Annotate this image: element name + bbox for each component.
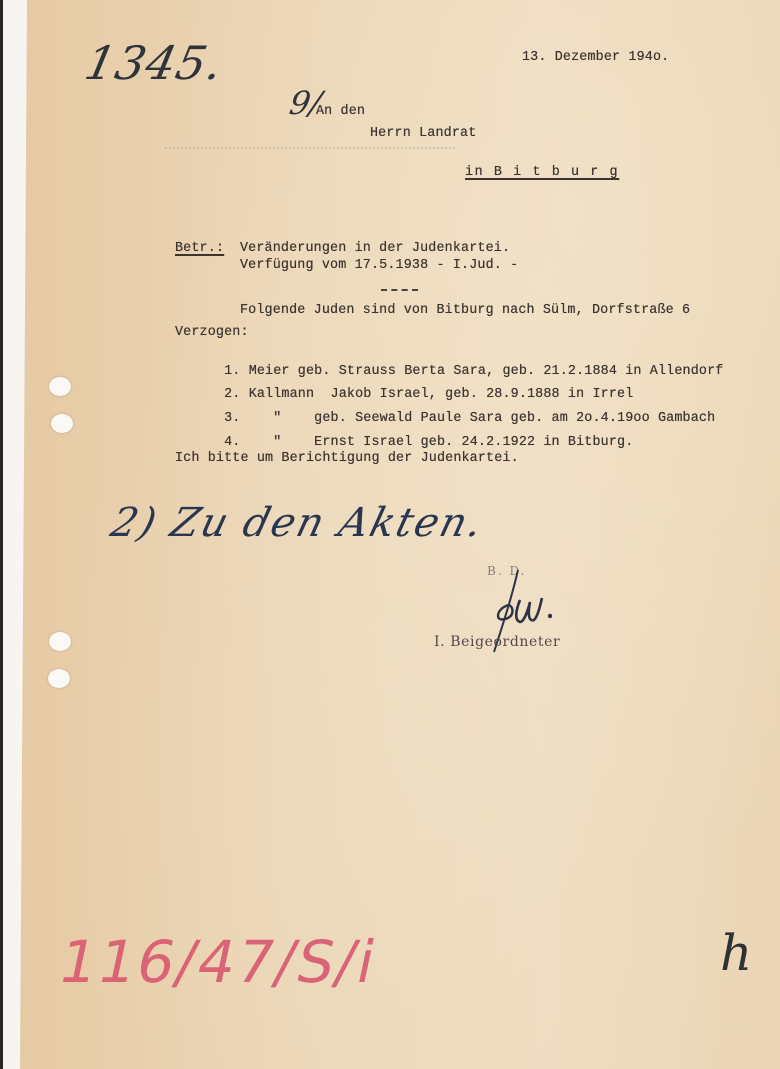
list-item-text: " Ernst Israel geb. 24.2.1922 in Bitburg… [249,435,634,450]
punch-hole [49,632,71,651]
recipient-line-2: Herrn Landrat [370,126,476,141]
subject-line-1: Veränderungen in der Judenkartei. [240,241,510,256]
closing-line: Ich bitte um Berichtigung der Judenkarte… [175,451,519,466]
body-intro-line-2: Verzogen: [175,325,249,340]
document-page: 1345. 13. Dezember 194o. 9/ An den Herrn… [0,0,780,1069]
list-item-number: 4. [224,435,240,450]
subject-label: Betr.: [175,241,224,256]
recipient-line-1: An den [316,104,365,119]
handwritten-initial: h [720,924,752,982]
body-intro-line-1: Folgende Juden sind von Bitburg nach Sül… [240,303,690,318]
punch-hole [48,669,70,688]
recipient-city: in B i t b u r g [465,165,619,180]
faint-bleedthrough-line [165,147,455,150]
separator-dashes [381,289,418,293]
handwritten-filing-note: 2) Zu den Akten. [106,500,489,546]
letter-date: 13. Dezember 194o. [522,50,669,65]
punch-hole [51,414,73,433]
signatory-title: I. Beigeordneter [434,634,560,650]
subject-line-2: Verfügung vom 17.5.1938 - I.Jud. - [240,258,518,273]
punch-hole [49,377,71,396]
red-pencil-reference: 116/47/S/i [53,928,384,996]
handwritten-file-number: 1345. [80,36,228,90]
